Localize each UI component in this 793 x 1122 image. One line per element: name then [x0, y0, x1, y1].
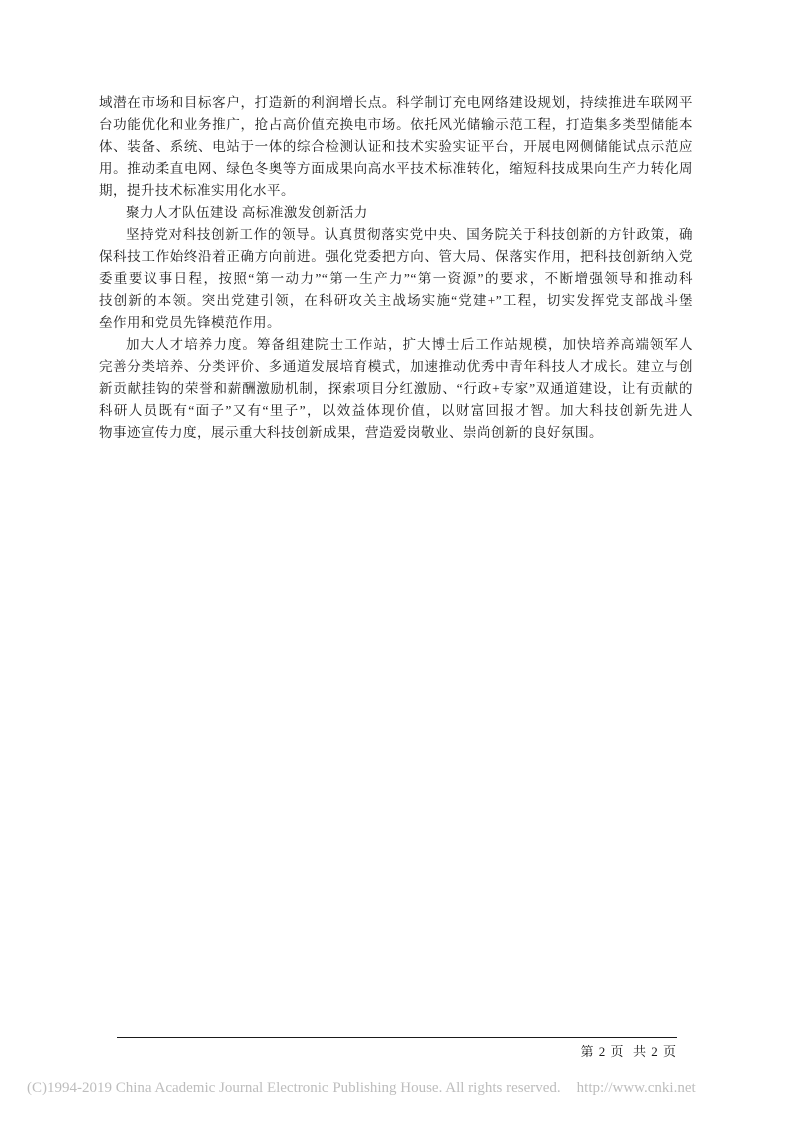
body-line: 加大人才培养力度。筹备组建院士工作站，扩大博士后工作站规模，加快培养高端领军人才…: [99, 334, 693, 356]
copyright-text: (C)1994-2019 China Academic Journal Elec…: [27, 1080, 561, 1096]
body-line: 技创新的本领。突出党建引领，在科研攻关主战场实施“党建+”工程，切实发挥党支部战…: [99, 290, 693, 312]
body-line: 物事迹宣传力度，展示重大科技创新成果，营造爱岗敬业、崇尚创新的良好氛围。: [99, 422, 693, 444]
body-line: 用。推动柔直电网、绿色冬奥等方面成果向高水平技术标准转化，缩短科技成果向生产力转…: [99, 158, 693, 180]
body-line: 新贡献挂钩的荣誉和薪酬激励机制，探索项目分红激励、“行政+专家”双通道建设，让有…: [99, 378, 693, 400]
body-line: 坚持党对科技创新工作的领导。认真贯彻落实党中央、国务院关于科技创新的方针政策，确: [99, 224, 693, 246]
copyright-watermark: (C)1994-2019 China Academic Journal Elec…: [27, 1080, 767, 1097]
document-page: 域潜在市场和目标客户，打造新的利润增长点。科学制订充电网络建设规划，持续推进车联…: [0, 0, 793, 1122]
page-number: 第 2 页 共 2 页: [117, 1041, 677, 1060]
body-line: 域潜在市场和目标客户，打造新的利润增长点。科学制订充电网络建设规划，持续推进车联…: [99, 92, 693, 114]
body-line: 体、装备、系统、电站于一体的综合检测认证和技术实验实证平台，开展电网侧储能试点示…: [99, 136, 693, 158]
footer-divider: [117, 1037, 677, 1038]
body-line: 保科技工作始终沿着正确方向前进。强化党委把方向、管大局、保落实作用，把科技创新纳…: [99, 246, 693, 268]
body-text: 域潜在市场和目标客户，打造新的利润增长点。科学制订充电网络建设规划，持续推进车联…: [99, 92, 693, 444]
body-line: 台功能优化和业务推广，抢占高价值充换电市场。依托风光储输示范工程，打造集多类型储…: [99, 114, 693, 136]
body-line: 委重要议事日程，按照“第一动力”“第一生产力”“第一资源”的要求，不断增强领导和…: [99, 268, 693, 290]
section-heading: 聚力人才队伍建设 高标准激发创新活力: [99, 202, 693, 224]
body-line: 科研人员既有“面子”又有“里子”，以效益体现价值，以财富回报才智。加大科技创新先…: [99, 400, 693, 422]
body-line: 垒作用和党员先锋模范作用。: [99, 312, 693, 334]
cnki-url: http://www.cnki.net: [577, 1080, 696, 1096]
body-line: 完善分类培养、分类评价、多通道发展培育模式，加速推动优秀中青年科技人才成长。建立…: [99, 356, 693, 378]
body-line: 期，提升技术标准实用化水平。: [99, 180, 693, 202]
